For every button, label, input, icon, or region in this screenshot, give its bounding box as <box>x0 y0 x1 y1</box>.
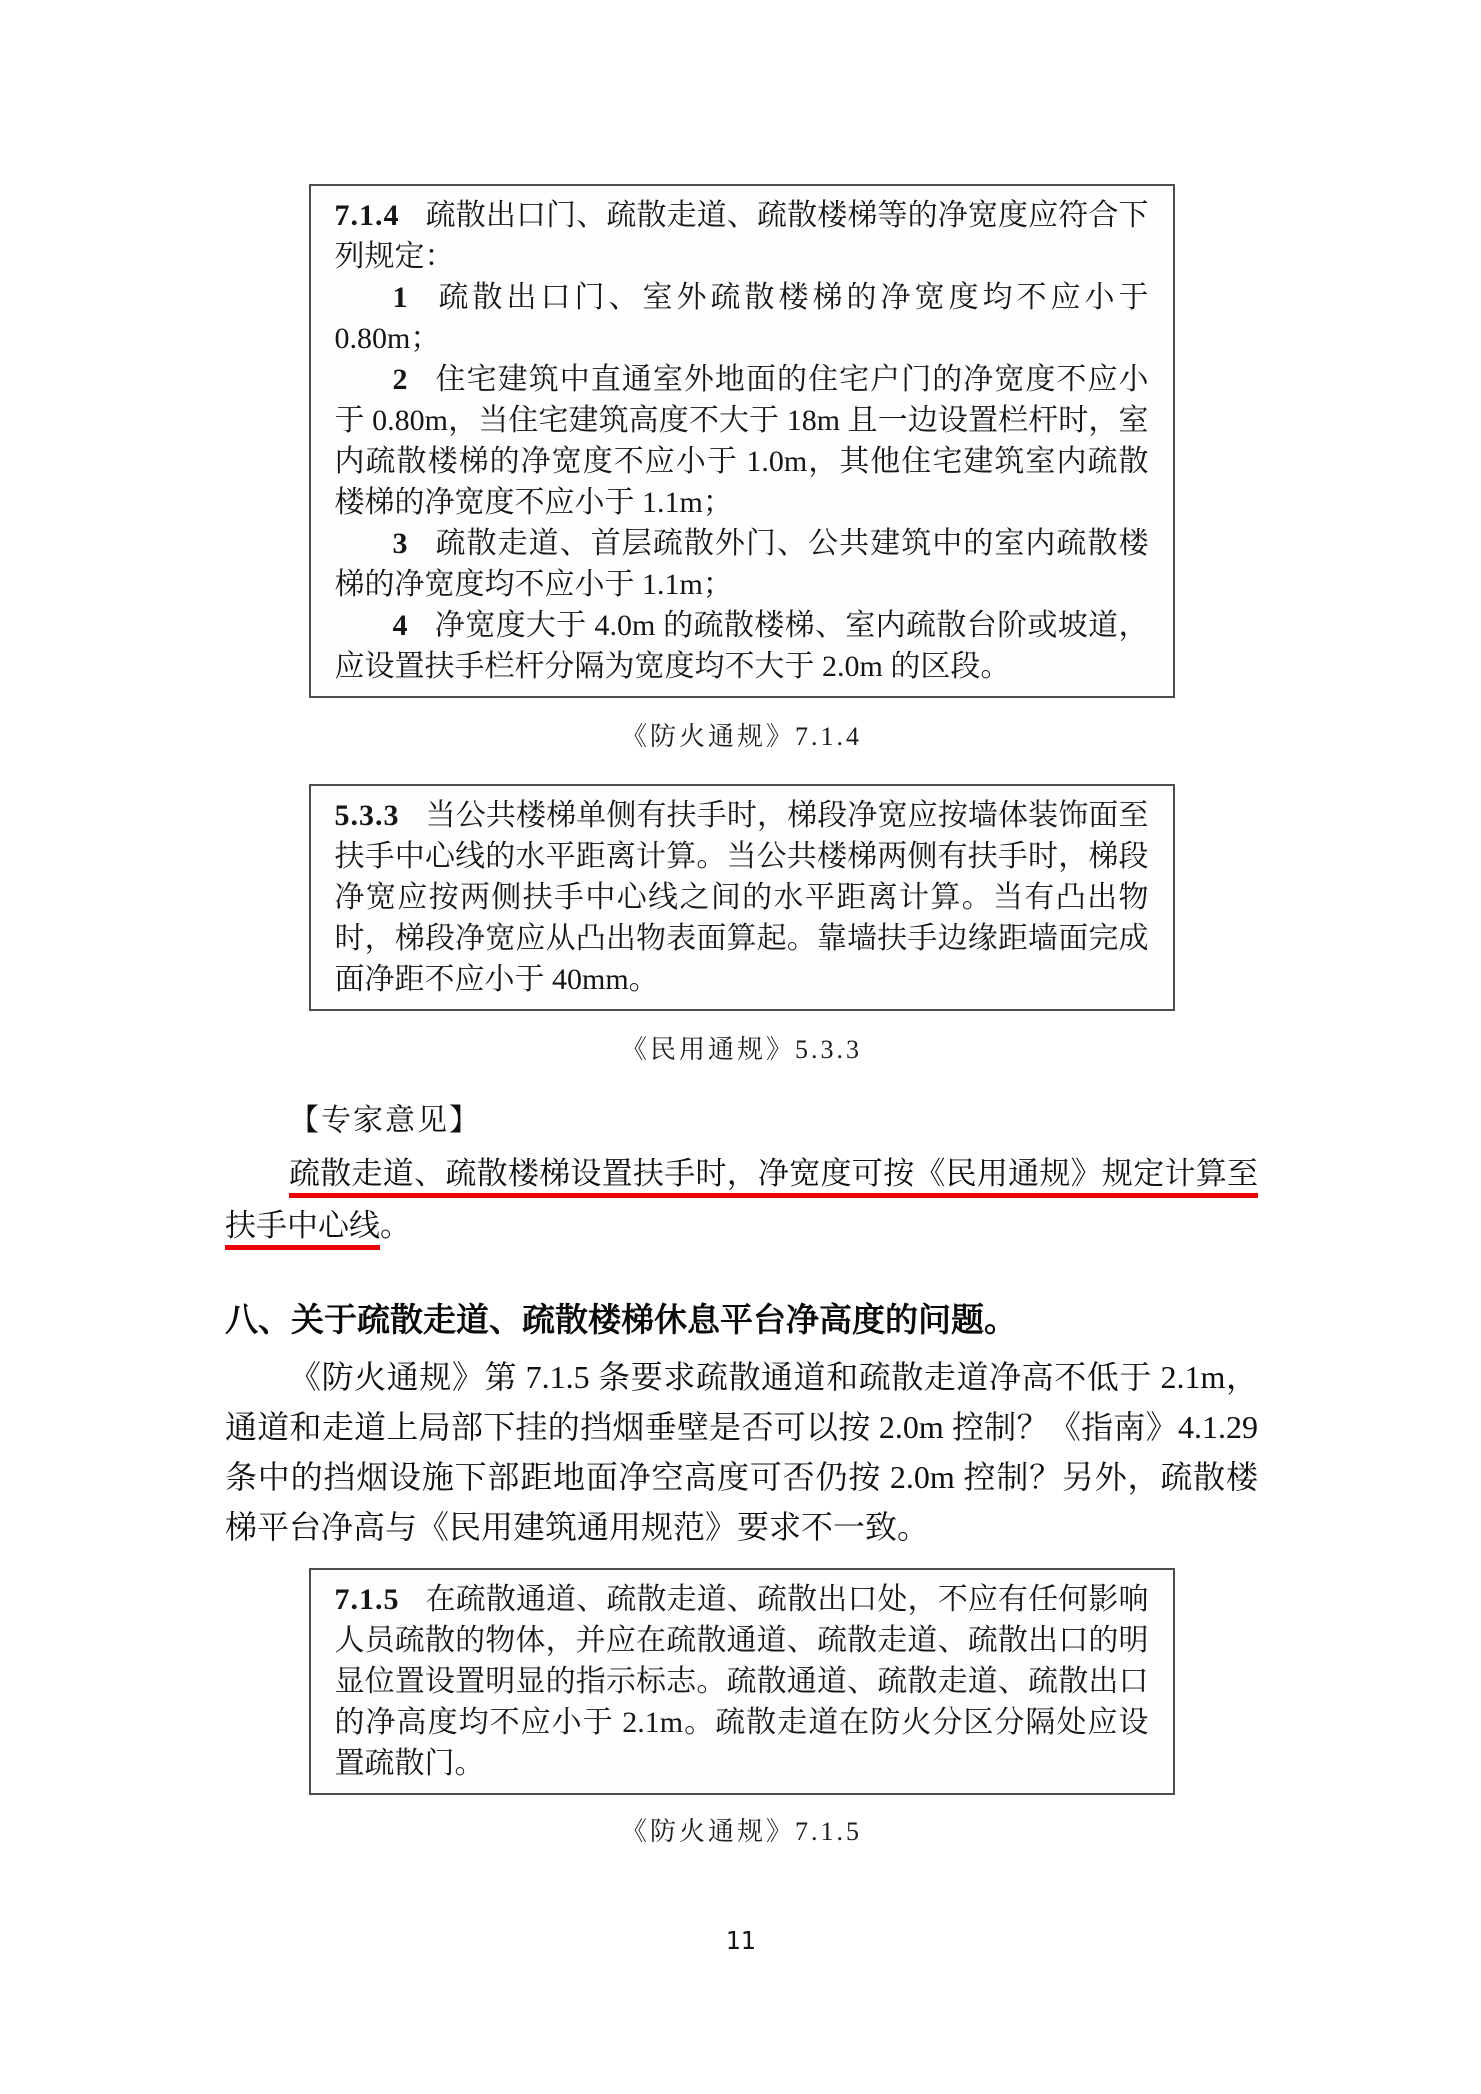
quote-box-7-1-4: 7.1.4疏散出口门、疏散走道、疏散楼梯等的净宽度应符合下列规定： 1疏散出口门… <box>309 184 1175 698</box>
clause-paragraph: 5.3.3当公共楼梯单侧有扶手时，梯段净宽应按墙体装饰面至扶手中心线的水平距离计… <box>335 795 1149 1000</box>
page-number: 11 <box>0 1926 1481 1955</box>
clause-paragraph: 7.1.5在疏散通道、疏散走道、疏散出口处，不应有任何影响人员疏散的物体，并应在… <box>335 1579 1149 1784</box>
expert-opinion-period: 。 <box>380 1208 411 1243</box>
clause-number: 7.1.5 <box>335 1583 400 1616</box>
clause-paragraph: 3疏散走道、首层疏散外门、公共建筑中的室内疏散楼梯的净宽度均不应小于 1.1m； <box>335 523 1149 605</box>
clause-text: 净宽度大于 4.0m 的疏散楼梯、室内疏散台阶或坡道，应设置扶手栏杆分隔为宽度均… <box>335 609 1149 683</box>
clause-number: 2 <box>393 363 409 396</box>
quote-caption: 《防火通规》7.1.4 <box>225 722 1258 752</box>
quote-caption: 《民用通规》5.3.3 <box>225 1035 1258 1065</box>
clause-paragraph: 4净宽度大于 4.0m 的疏散楼梯、室内疏散台阶或坡道，应设置扶手栏杆分隔为宽度… <box>335 605 1149 687</box>
clause-text: 疏散走道、首层疏散外门、公共建筑中的室内疏散楼梯的净宽度均不应小于 1.1m； <box>335 527 1149 601</box>
clause-number: 3 <box>393 527 409 560</box>
clause-number: 1 <box>393 281 409 314</box>
quote-box-7-1-5: 7.1.5在疏散通道、疏散走道、疏散出口处，不应有任何影响人员疏散的物体，并应在… <box>309 1568 1175 1795</box>
document-page: 7.1.4疏散出口门、疏散走道、疏散楼梯等的净宽度应符合下列规定： 1疏散出口门… <box>0 0 1481 2094</box>
quote-box-5-3-3: 5.3.3当公共楼梯单侧有扶手时，梯段净宽应按墙体装饰面至扶手中心线的水平距离计… <box>309 784 1175 1011</box>
section-body-paragraph: 《防火通规》第 7.1.5 条要求疏散通道和疏散走道净高不低于 2.1m，通道和… <box>225 1352 1258 1552</box>
expert-opinion-text: 疏散走道、疏散楼梯设置扶手时，净宽度可按《民用通规》规定计算至扶手中心线。 <box>225 1148 1258 1252</box>
clause-number: 4 <box>393 609 409 642</box>
clause-paragraph: 1疏散出口门、室外疏散楼梯的净宽度均不应小于 0.80m； <box>335 277 1149 359</box>
expert-opinion-label: 【专家意见】 <box>225 1103 1258 1139</box>
quote-caption: 《防火通规》7.1.5 <box>225 1817 1258 1847</box>
section-heading: 八、关于疏散走道、疏散楼梯休息平台净高度的问题。 <box>225 1300 1258 1340</box>
clause-text: 疏散出口门、室外疏散楼梯的净宽度均不应小于 0.80m； <box>335 281 1149 355</box>
clause-paragraph: 7.1.4疏散出口门、疏散走道、疏散楼梯等的净宽度应符合下列规定： <box>335 195 1149 277</box>
clause-text: 住宅建筑中直通室外地面的住宅户门的净宽度不应小于 0.80m，当住宅建筑高度不大… <box>335 363 1149 519</box>
clause-number: 5.3.3 <box>335 799 400 832</box>
clause-text: 疏散出口门、疏散走道、疏散楼梯等的净宽度应符合下列规定： <box>335 199 1149 273</box>
clause-text: 当公共楼梯单侧有扶手时，梯段净宽应按墙体装饰面至扶手中心线的水平距离计算。当公共… <box>335 799 1149 996</box>
clause-number: 7.1.4 <box>335 199 400 232</box>
page-content: 7.1.4疏散出口门、疏散走道、疏散楼梯等的净宽度应符合下列规定： 1疏散出口门… <box>0 0 1481 1847</box>
clause-paragraph: 2住宅建筑中直通室外地面的住宅户门的净宽度不应小于 0.80m，当住宅建筑高度不… <box>335 359 1149 523</box>
clause-text: 在疏散通道、疏散走道、疏散出口处，不应有任何影响人员疏散的物体，并应在疏散通道、… <box>335 1583 1149 1780</box>
